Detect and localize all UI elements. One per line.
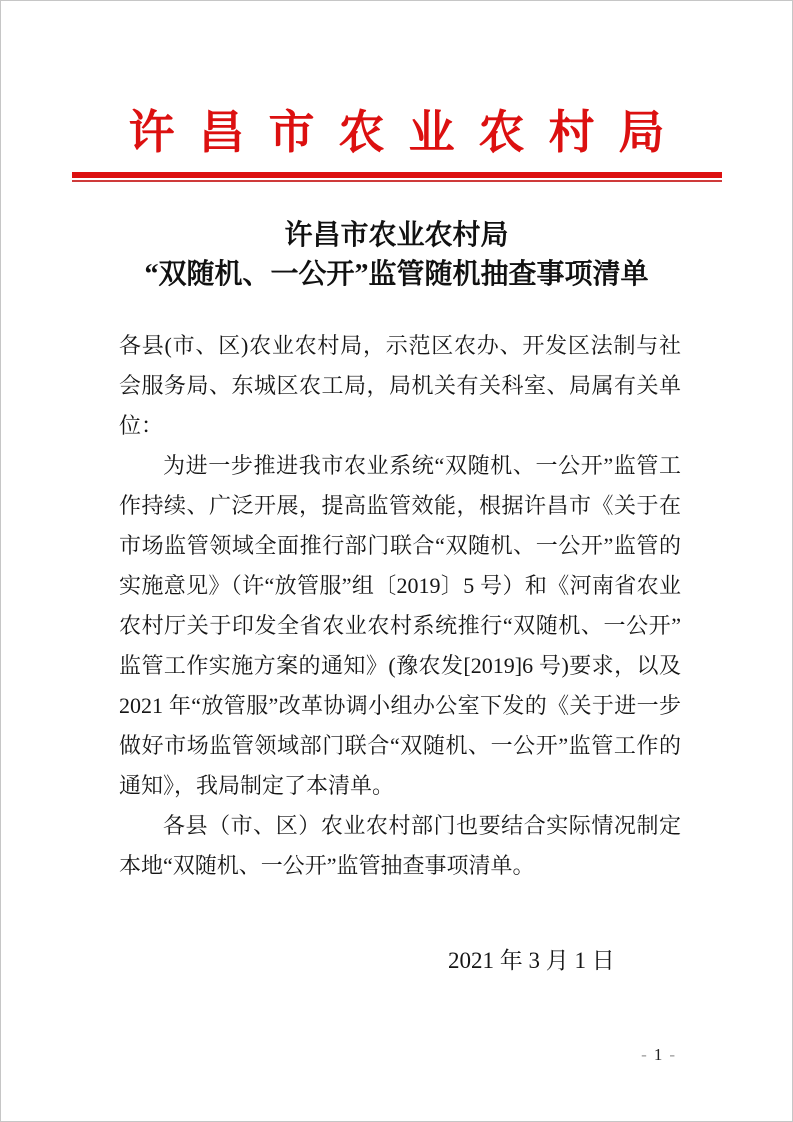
document-date: 2021 年 3 月 1 日 [1, 942, 792, 975]
document-body: 各县(市、区)农业农村局，示范区农办、开发区法制与社会服务局、东城区农工局，局机… [119, 326, 681, 886]
body-paragraph-2: 各县（市、区）农业农村部门也要结合实际情况制定本地“双随机、一公开”监管抽查事项… [119, 806, 681, 886]
document-page: 许昌市农业农村局 许昌市农业农村局 “双随机、一公开”监管随机抽查事项清单 各县… [0, 0, 793, 1122]
page-number-value: 1 [654, 1045, 664, 1064]
page-number-left-dash: - [635, 1045, 654, 1064]
document-title: 许昌市农业农村局 “双随机、一公开”监管随机抽查事项清单 [1, 216, 792, 294]
letterhead-rule [72, 172, 722, 182]
document-title-line-1: 许昌市农业农村局 [1, 216, 792, 255]
document-title-line-2: “双随机、一公开”监管随机抽查事项清单 [1, 255, 792, 294]
salutation-paragraph: 各县(市、区)农业农村局，示范区农办、开发区法制与社会服务局、东城区农工局，局机… [119, 326, 681, 446]
page-number: -1- [635, 1045, 682, 1065]
body-paragraph-1: 为进一步推进我市农业系统“双随机、一公开”监管工作持续、广泛开展，提高监管效能，… [119, 446, 681, 806]
letterhead-agency-name: 许昌市农业农村局 [1, 105, 792, 160]
page-number-right-dash: - [663, 1045, 682, 1064]
